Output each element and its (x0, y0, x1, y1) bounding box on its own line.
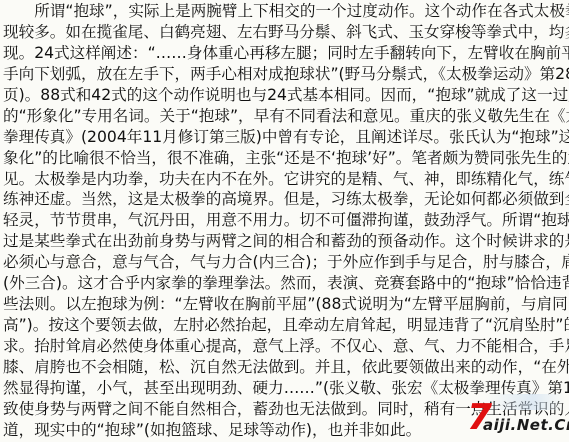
text-line: 所谓“抱球”，实际上是两腕臂上下相交的一个过度动作。这个动作在各式太极拳中出 (3, 1, 569, 22)
text-line: 拳理传真》(2004年11月修订第三版)中曾有专论，且阐述详尽。张氏认为“抱球”… (3, 127, 569, 148)
text-line: 些法则。以左抱球为例：“左臂收在胸前平屈”(88式说明为“左臂平屈胸前，与肩同 (3, 294, 569, 315)
text-line: 现较多。如在揽雀尾、白鹤亮翅、左右野马分鬃、斜飞式、玉女穿梭等拳式中，均多次出 (3, 22, 569, 43)
text-line: (外三合)。这才合乎内家拳的拳理拳法。然而，表演、竞赛套路中的“抱球”恰恰违背了… (3, 273, 569, 294)
text-line: 高”)。按这个要领去做，左肘必然抬起，且牵动左肩耸起，明显违背了“沉肩坠肘”的要 (3, 315, 569, 336)
article-body: 所谓“抱球”，实际上是两腕臂上下相交的一个过度动作。这个动作在各式太极拳中出 现… (3, 1, 569, 441)
watermark-text: aiji.Net.Cn (483, 416, 569, 434)
text-line: 的“形象化”专用名词。关于“抱球”，早有不同看法和意见。重庆的张义敬先生在《太极 (3, 106, 569, 127)
text-line: 现。24式这样阐述：“……身体重心再移左腿；同时左手翻转向下，左臂收在胸前平屈，… (3, 43, 569, 64)
text-line: 页)。88式和42式的这个动作说明也与24式基本相同。因而，“抱球”就成了这一过… (3, 85, 569, 106)
text-line: 轻灵，节节贯串，气沉丹田，用意不用力。切不可僵滞拘谨，鼓劲浮气。所谓“抱球”，不 (3, 210, 569, 231)
site-watermark: 7 aiji.Net.Cn (465, 404, 569, 442)
text-line: 求。抬肘耸肩必然使身体重心提高，意气上浮。不仅心、意、气、力不能相合，手足、肘 (3, 336, 569, 357)
text-line: 象化”的比喻很不恰当，很不准确，主张“还是不‘抱球’好”。笔者颇为赞同张先生的意 (3, 148, 569, 169)
watermark-glow (485, 394, 565, 410)
text-line: 见。太极拳是内功拳，功夫在内不在外。它讲究的是精、气、神，即练精化气，练气化神， (3, 169, 569, 190)
text-line: 手向下划弧，放在左手下，两手心相对成抱球状”(野马分鬃式，《太极拳运动》第28—… (3, 64, 569, 85)
text-line: 过是某些拳式在出劲前身势与两臂之间的相合和蓄劲的预备动作。这个时候讲求的是：于内 (3, 231, 569, 252)
text-line: 必须心与意合，意与气合，气与力合(内三合)；于外应作到手与足合，肘与膝合，肩与胯… (3, 252, 569, 273)
text-line: 膝、肩胯也不会相随，松、沉自然无法做到。并且，依此要领做出来的动作，“在外形上必 (3, 357, 569, 378)
text-line: 练神还虚。当然，这是太极拳的高境界。但是，习练太极拳，无论如何都必须做到全身松静 (3, 189, 569, 210)
